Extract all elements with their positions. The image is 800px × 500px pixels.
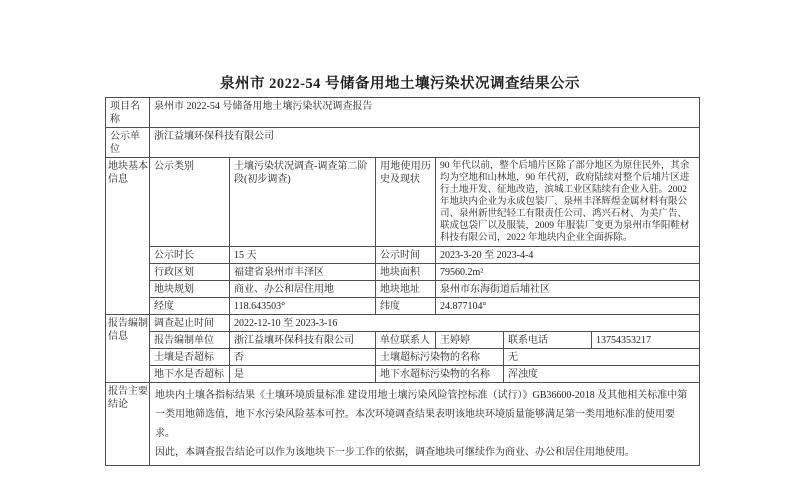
plot-info-group-label: 地块基本信息 — [106, 158, 150, 315]
table-row: 行政区划 福建省泉州市丰泽区 地块面积 79560.2m² — [106, 264, 700, 281]
compiler-label: 报告编制单位 — [150, 332, 230, 349]
publicity-time-label: 公示时间 — [376, 247, 436, 264]
survey-period-label: 调查起止时间 — [150, 315, 230, 332]
table-row: 地块基本信息 公示类别 土壤污染状况调查-调查第二阶段(初步调查) 用地使用历史… — [106, 158, 700, 247]
compiler-value: 浙江益壤环保科技有限公司 — [230, 332, 376, 349]
survey-result-table: 项目名称 泉州市 2022-54 号储备用地土壤污染状况调查报告 公示单位 浙江… — [105, 97, 700, 466]
survey-period-value: 2022-12-10 至 2023-3-16 — [230, 315, 700, 332]
soil-exceed-label: 土壤是否超标 — [150, 349, 230, 366]
table-row: 地块规划 商业、办公和居住用地 地块地址 泉州市东海街道后埔社区 — [106, 281, 700, 298]
groundwater-exceed-value: 是 — [230, 366, 376, 383]
groundwater-pollutant-label: 地下水超标污染物的名称 — [376, 366, 504, 383]
district-value: 福建省泉州市丰泽区 — [230, 264, 376, 281]
groundwater-pollutant-value: 浑浊度 — [504, 366, 700, 383]
table-row: 公示单位 浙江益壤环保科技有限公司 — [106, 128, 700, 158]
table-row: 报告主要结论 地块内土壤各指标结果《土壤环境质量标准 建设用地土壤污染风险管控标… — [106, 383, 700, 466]
area-label: 地块面积 — [376, 264, 436, 281]
duration-label: 公示时长 — [150, 247, 230, 264]
table-row: 报告编制单位 浙江益壤环保科技有限公司 单位联系人 王婷婷 联系电话 13754… — [106, 332, 700, 349]
address-value: 泉州市东海街道后埔社区 — [436, 281, 700, 298]
latitude-value: 24.877104° — [436, 298, 700, 315]
latitude-label: 纬度 — [376, 298, 436, 315]
planning-value: 商业、办公和居住用地 — [230, 281, 376, 298]
land-history-value: 90 年代以前，整个后埔片区除了部分地区为原住民外，其余均为空地和山林地，90 … — [436, 158, 700, 247]
groundwater-exceed-label: 地下水是否超标 — [150, 366, 230, 383]
soil-pollutant-label: 土壤超标污染物的名称 — [376, 349, 504, 366]
planning-label: 地块规划 — [150, 281, 230, 298]
project-name-value: 泉州市 2022-54 号储备用地土壤污染状况调查报告 — [150, 98, 700, 128]
contact-person-label: 单位联系人 — [376, 332, 436, 349]
table-row: 土壤是否超标 否 土壤超标污染物的名称 无 — [106, 349, 700, 366]
land-history-label: 用地使用历史及现状 — [376, 158, 436, 247]
conclusion-value: 地块内土壤各指标结果《土壤环境质量标准 建设用地土壤污染风险管控标准（试行）》G… — [150, 383, 700, 466]
project-name-label: 项目名称 — [106, 98, 150, 128]
report-info-group-label: 报告编制信息 — [106, 315, 150, 383]
publicity-unit-value: 浙江益壤环保科技有限公司 — [150, 128, 700, 158]
conclusion-group-label: 报告主要结论 — [106, 383, 150, 466]
duration-value: 15 天 — [230, 247, 376, 264]
publicity-type-value: 土壤污染状况调查-调查第二阶段(初步调查) — [230, 158, 376, 247]
contact-phone-label: 联系电话 — [504, 332, 592, 349]
publicity-unit-label: 公示单位 — [106, 128, 150, 158]
area-value: 79560.2m² — [436, 264, 700, 281]
address-label: 地块地址 — [376, 281, 436, 298]
soil-pollutant-value: 无 — [504, 349, 700, 366]
table-row: 地下水是否超标 是 地下水超标污染物的名称 浑浊度 — [106, 366, 700, 383]
publicity-type-label: 公示类别 — [150, 158, 230, 247]
table-row: 公示时长 15 天 公示时间 2023-3-20 至 2023-4-4 — [106, 247, 700, 264]
table-row: 报告编制信息 调查起止时间 2022-12-10 至 2023-3-16 — [106, 315, 700, 332]
contact-phone-value: 13754353217 — [592, 332, 700, 349]
conclusion-paragraph-2: 因此，本调查报告结论可以作为该地块下一步工作的依据，调查地块可继续作为商业、办公… — [155, 443, 694, 462]
longitude-label: 经度 — [150, 298, 230, 315]
soil-exceed-value: 否 — [230, 349, 376, 366]
contact-person-value: 王婷婷 — [436, 332, 504, 349]
table-row: 经度 118.643503° 纬度 24.877104° — [106, 298, 700, 315]
district-label: 行政区划 — [150, 264, 230, 281]
page-title: 泉州市 2022-54 号储备用地土壤污染状况调查结果公示 — [0, 72, 800, 93]
document-page: 泉州市 2022-54 号储备用地土壤污染状况调查结果公示 项目名称 泉州市 2… — [0, 0, 800, 500]
table-row: 项目名称 泉州市 2022-54 号储备用地土壤污染状况调查报告 — [106, 98, 700, 128]
longitude-value: 118.643503° — [230, 298, 376, 315]
conclusion-paragraph-1: 地块内土壤各指标结果《土壤环境质量标准 建设用地土壤污染风险管控标准（试行）》G… — [155, 386, 694, 443]
publicity-time-value: 2023-3-20 至 2023-4-4 — [436, 247, 700, 264]
